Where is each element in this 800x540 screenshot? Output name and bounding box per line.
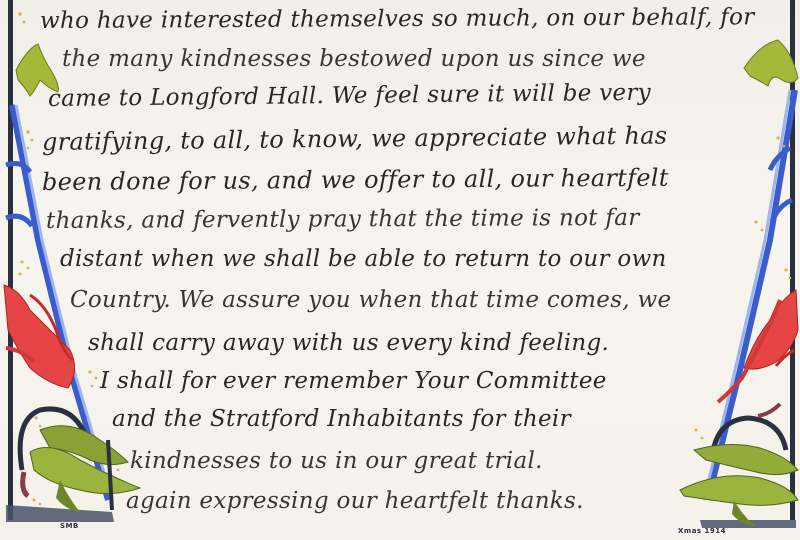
- text-line-1: who have interested themselves so much, …: [40, 4, 755, 34]
- text-line-2: the many kindnesses bestowed upon us sin…: [62, 46, 646, 72]
- text-line-6: thanks, and fervently pray that the time…: [46, 205, 640, 234]
- text-line-7: distant when we shall be able to return …: [60, 246, 667, 272]
- handwritten-text: who have interested themselves so much, …: [0, 0, 800, 540]
- text-line-5: been done for us, and we offer to all, o…: [42, 164, 669, 196]
- text-line-13: again expressing our heartfelt thanks.: [126, 488, 584, 514]
- text-line-4: gratifying, to all, to know, we apprecia…: [42, 121, 668, 156]
- date-note: Xmas 1914: [678, 527, 726, 535]
- text-line-10: I shall for ever remember Your Committee: [100, 368, 607, 394]
- artist-initials: SMB: [60, 522, 79, 530]
- document-page: who have interested themselves so much, …: [0, 0, 800, 540]
- text-line-8: Country. We assure you when that time co…: [70, 287, 671, 313]
- text-line-12: kindnesses to us in our great trial.: [130, 448, 543, 474]
- text-line-9: shall carry away with us every kind feel…: [88, 330, 609, 356]
- text-line-11: and the Stratford Inhabitants for their: [112, 406, 571, 432]
- text-line-3: came to Longford Hall. We feel sure it w…: [48, 80, 651, 112]
